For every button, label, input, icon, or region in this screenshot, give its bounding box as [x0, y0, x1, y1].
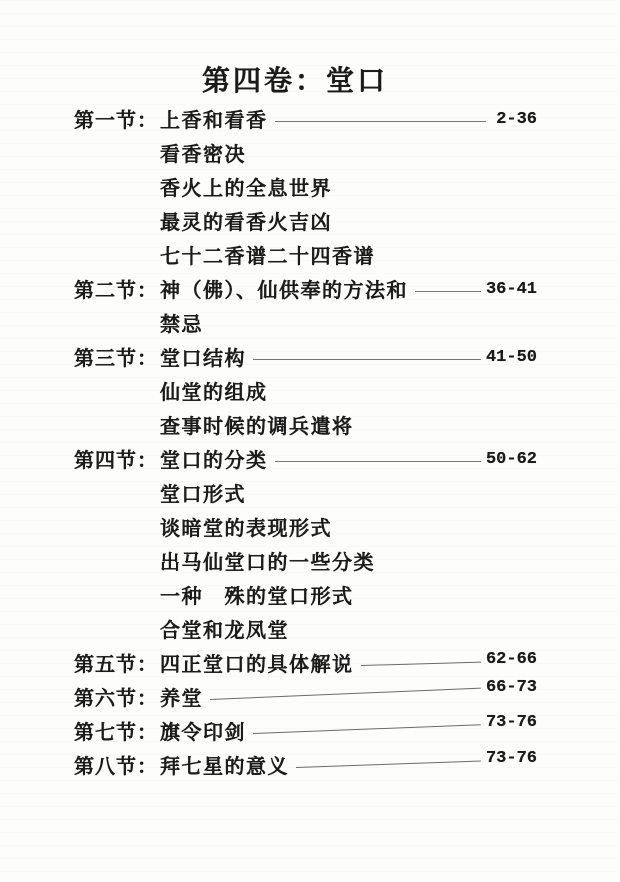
page-range: 36-41 — [486, 276, 537, 304]
toc-subitem: 堂口形式 — [74, 480, 537, 514]
toc-subitem: 出马仙堂口的一些分类 — [74, 548, 537, 582]
page-range: 66-73 — [486, 674, 537, 702]
toc-entry: 第八节： 拜七星的意义 73-76 — [74, 752, 537, 786]
section-title: 旗令印剑 — [160, 718, 246, 748]
section-title: 四正堂口的具体解说 — [160, 650, 354, 680]
toc-subitem: 看香密决 — [74, 140, 537, 174]
section-label: 第二节： — [74, 276, 160, 306]
toc-subitem: 一种 殊的堂口形式 — [74, 582, 537, 616]
section-label: 第七节： — [74, 718, 160, 748]
section-title: 拜七星的意义 — [160, 752, 289, 782]
toc-subitem: 合堂和龙凤堂 — [74, 616, 537, 650]
toc-page: 第四卷：堂口 第一节： 上香和看香 2-36 看香密决 香火上的全息世界 最灵的… — [0, 0, 620, 882]
section-label: 第一节： — [74, 106, 160, 136]
page-range: 2-36 — [491, 106, 537, 134]
toc-subitem: 最灵的看香火吉凶 — [74, 208, 537, 242]
toc-subitem: 谈暗堂的表现形式 — [74, 514, 537, 548]
leader-line — [210, 684, 481, 718]
page-title: 第四卷：堂口 — [0, 0, 620, 100]
leader-line — [275, 446, 481, 480]
section-title: 上香和看香 — [160, 106, 268, 136]
toc-entry: 第三节： 堂口结构 41-50 — [74, 344, 537, 378]
section-title: 养堂 — [160, 684, 203, 714]
leader-line — [253, 718, 481, 752]
leader-line — [296, 752, 481, 786]
toc-entry: 第五节： 四正堂口的具体解说 62-66 — [74, 650, 537, 684]
page-range: 62-66 — [486, 646, 537, 674]
section-label: 第四节： — [74, 446, 160, 476]
toc-entry: 第七节： 旗令印剑 73-76 — [74, 718, 537, 752]
section-title-continuation: 禁忌 — [74, 310, 537, 344]
page-range: 50-62 — [486, 446, 537, 474]
leader-line — [253, 344, 481, 378]
toc-subitem: 仙堂的组成 — [74, 378, 537, 412]
section-label: 第六节： — [74, 684, 160, 714]
page-range: 73-76 — [486, 709, 537, 737]
leader-line — [415, 276, 481, 310]
toc-entry: 第二节： 神（佛）、仙供奉的方法和 36-41 — [74, 276, 537, 310]
section-title: 神（佛）、仙供奉的方法和 — [160, 276, 408, 306]
section-title: 堂口的分类 — [160, 446, 268, 476]
page-range: 41-50 — [486, 344, 537, 372]
table-of-contents: 第一节： 上香和看香 2-36 看香密决 香火上的全息世界 最灵的看香火吉凶 七… — [0, 100, 620, 786]
toc-subitem: 香火上的全息世界 — [74, 174, 537, 208]
toc-subitem: 七十二香谱二十四香谱 — [74, 242, 537, 276]
leader-line — [361, 650, 481, 684]
toc-entry: 第一节： 上香和看香 2-36 — [74, 106, 537, 140]
toc-entry: 第六节： 养堂 66-73 — [74, 684, 537, 718]
toc-subitem: 查事时候的调兵遣将 — [74, 412, 537, 446]
section-title: 堂口结构 — [160, 344, 246, 374]
leader-line — [275, 106, 487, 140]
toc-entry: 第四节： 堂口的分类 50-62 — [74, 446, 537, 480]
section-label: 第三节： — [74, 344, 160, 374]
section-label: 第五节： — [74, 650, 160, 680]
page-range: 73-76 — [486, 745, 537, 773]
section-label: 第八节： — [74, 752, 160, 782]
